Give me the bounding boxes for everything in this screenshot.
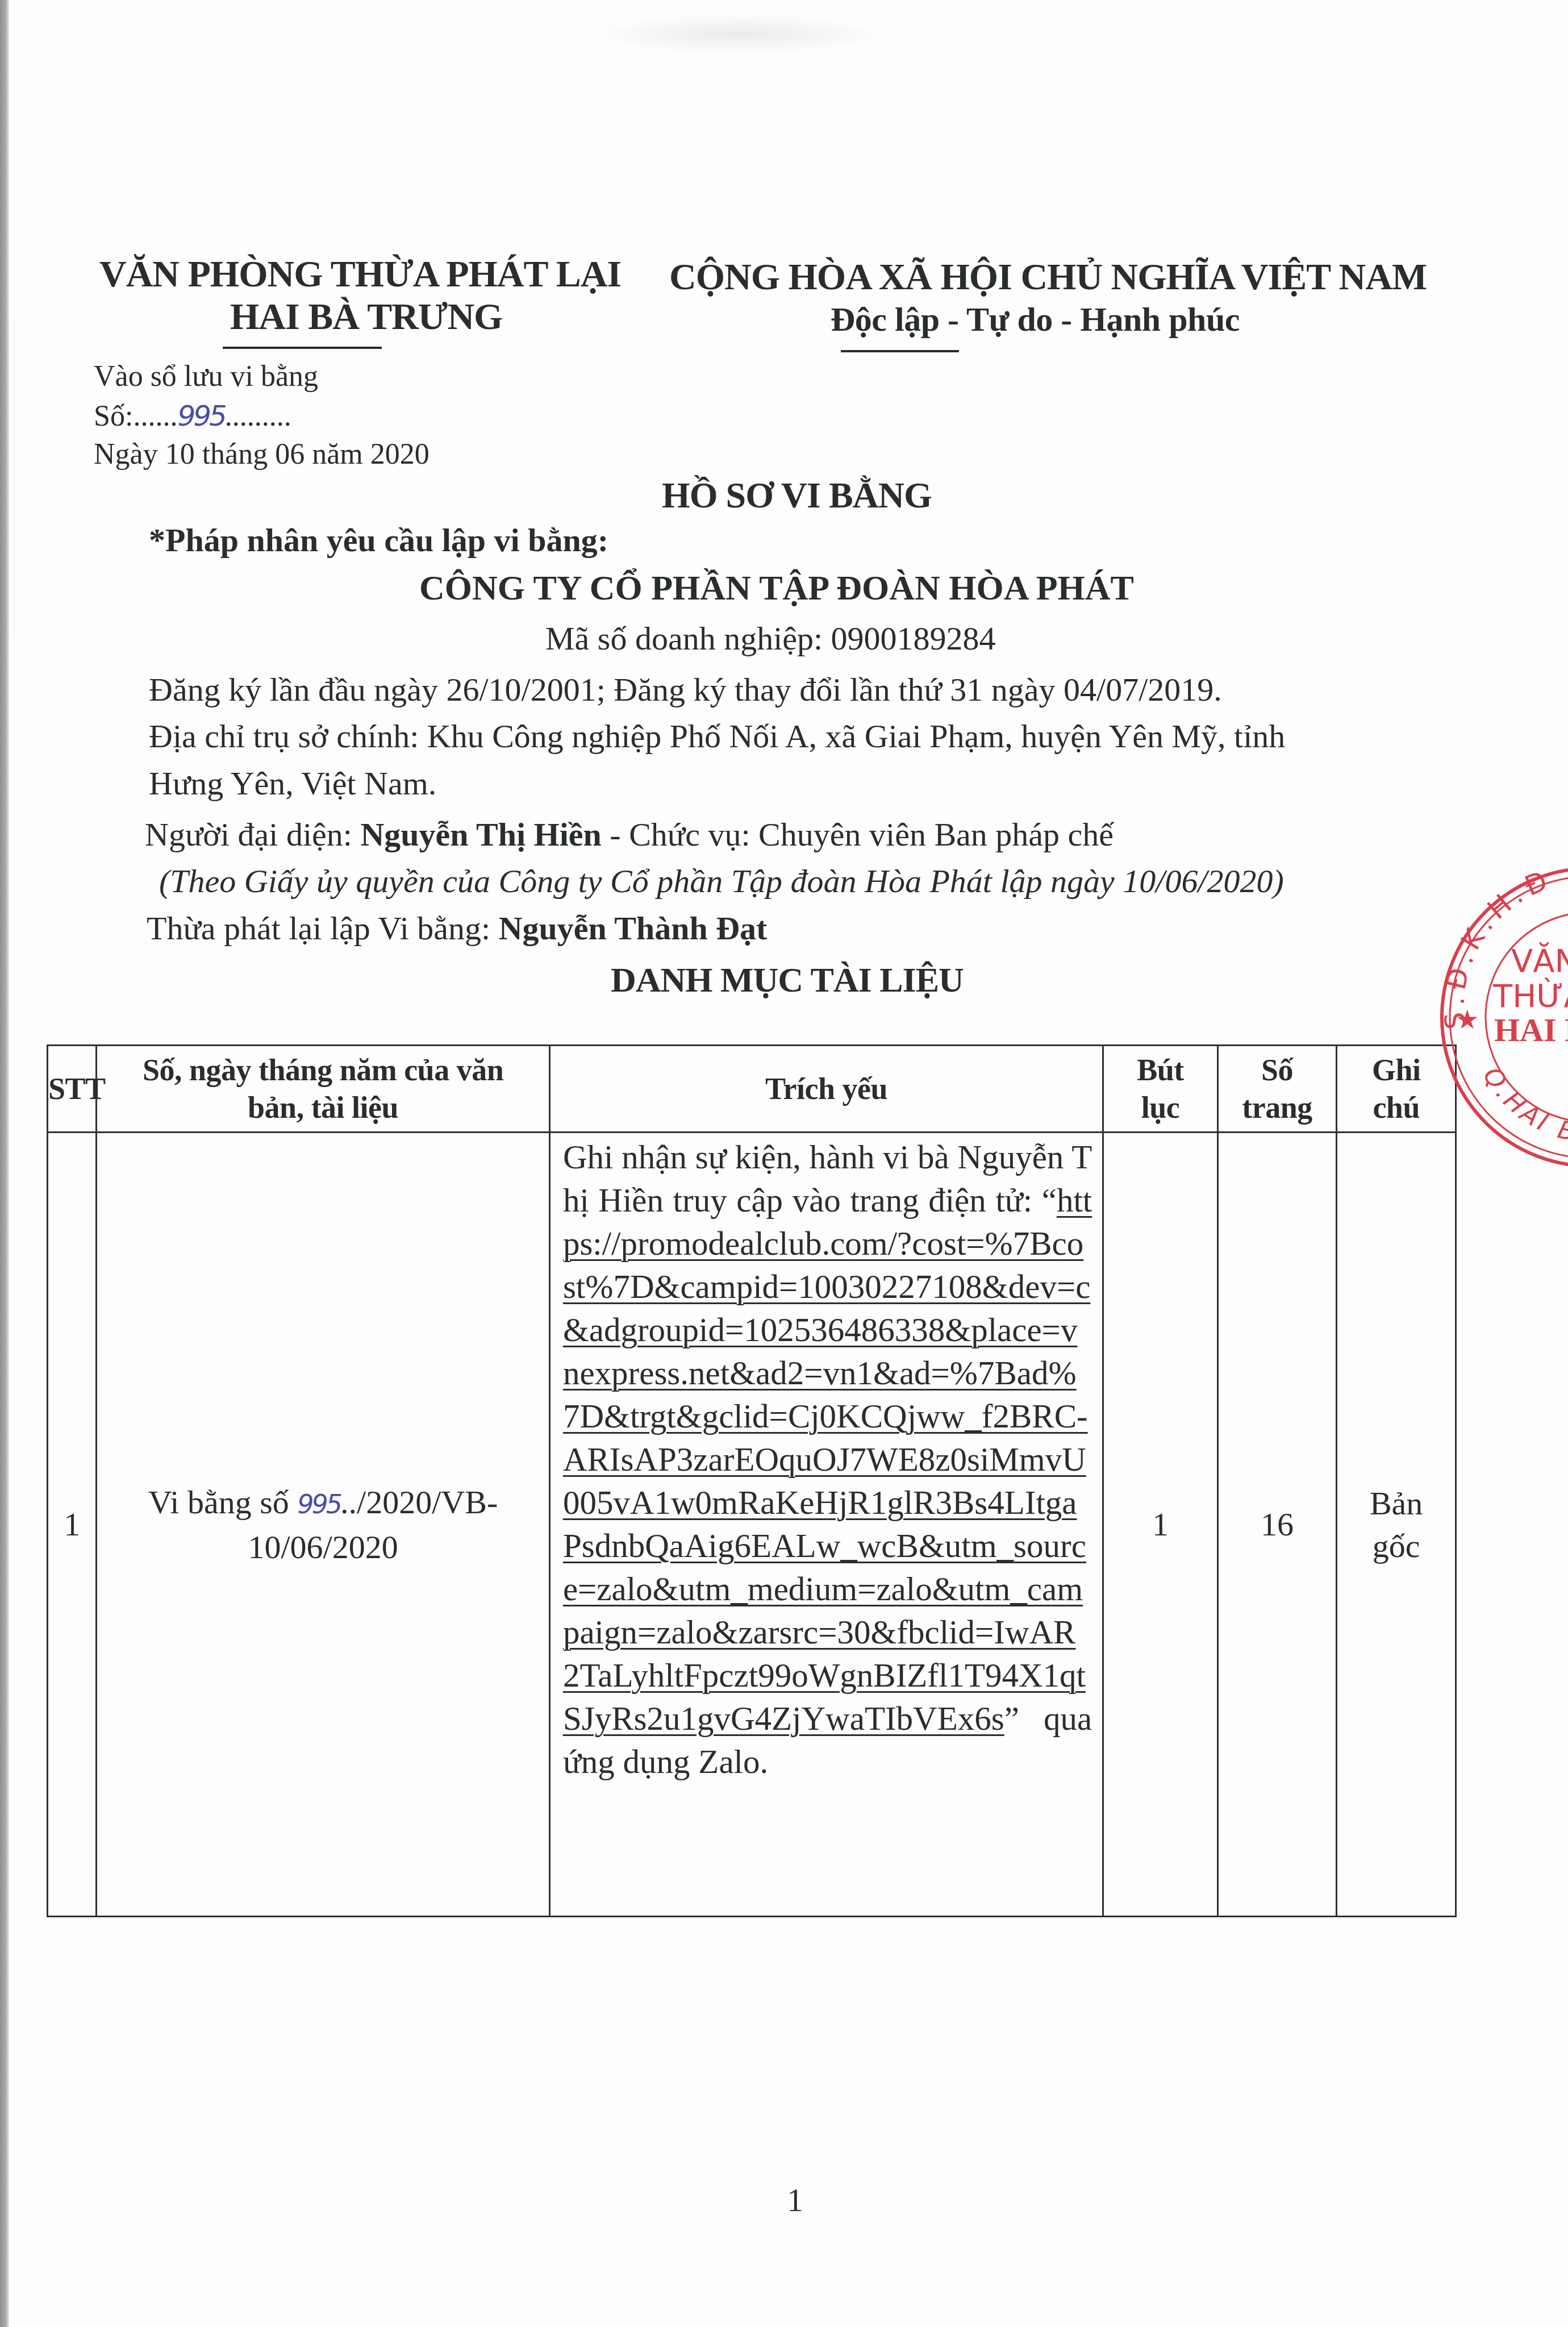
representative: Người đại diện: Nguyễn Thị Hiền - Chức v… <box>145 815 1114 854</box>
table-header-row: STT Số, ngày tháng năm của văn bản, tài … <box>48 1046 1456 1133</box>
registry-number-prefix: Số: <box>94 400 133 432</box>
column-header-document: Số, ngày tháng năm của văn bản, tài liệu <box>97 1046 550 1133</box>
representative-label: Người đại diện: <box>145 816 352 853</box>
motto-underline <box>841 350 959 352</box>
table-row: 1 Vi bằng số 995../2020/VB- 10/06/2020 G… <box>48 1133 1456 1917</box>
tax-code: Mã số doanh nghiệp: 0900189284 <box>545 619 996 657</box>
registration-info: Đăng ký lần đầu ngày 26/10/2001; Đăng ký… <box>149 671 1222 709</box>
authorization-note: (Theo Giấy ủy quyền của Công ty Cổ phần … <box>159 862 1284 900</box>
column-header-summary: Trích yếu <box>549 1046 1103 1133</box>
registry-number-handwritten: 995 <box>177 399 224 432</box>
national-motto: Độc lập - Tự do - Hạnh phúc <box>831 300 1240 339</box>
column-header-page-count: Số trang <box>1217 1046 1337 1133</box>
office-name-line1: VĂN PHÒNG THỪA PHÁT LẠI <box>99 253 621 296</box>
row-summary: Ghi nhận sự kiện, hành vi bà Nguyễn Thị … <box>549 1133 1103 1917</box>
office-underline <box>223 347 382 349</box>
representative-name: Nguyễn Thị Hiền <box>360 816 601 853</box>
stamp-center-line3: HAI BÀ <box>1494 1011 1568 1048</box>
registry-dots-before: ...... <box>133 400 177 432</box>
tax-code-value: 0900189284 <box>831 620 996 657</box>
scan-smudge <box>597 14 881 54</box>
row-document-prefix: Vi bằng số <box>148 1484 297 1521</box>
bailiff: Thừa phát lại lập Vi bằng: Nguyễn Thành … <box>147 909 767 947</box>
country-name: CỘNG HÒA XÃ HỘI CHỦ NGHĨA VIỆT NAM <box>669 256 1427 299</box>
document-catalog-table: STT Số, ngày tháng năm của văn bản, tài … <box>47 1044 1457 1917</box>
page-number: 1 <box>787 2181 803 2219</box>
representative-role: - Chức vụ: Chuyên viên Ban pháp chế <box>602 816 1114 853</box>
catalog-title: DANH MỤC TÀI LIỆU <box>611 960 964 1001</box>
registry-label: Vào sổ lưu vi bằng <box>94 360 318 393</box>
row-document-number-handwritten: 995 <box>297 1489 340 1520</box>
scan-bleed-through <box>14 318 66 636</box>
row-notes: Bản gốc <box>1337 1133 1456 1917</box>
stamp-star-icon: ★ <box>1456 1004 1479 1035</box>
row-summary-intro: Ghi nhận sự kiện, hành vi bà Nguyễn Thị … <box>563 1138 1092 1219</box>
row-summary-url[interactable]: https://promodealclub.com/?cost=%7Bcost%… <box>563 1181 1092 1737</box>
row-stt: 1 <box>48 1133 97 1917</box>
company-name: CÔNG TY CỔ PHẦN TẬP ĐOÀN HÒA PHÁT <box>419 568 1134 609</box>
official-seal-stamp: S.Đ.K.H.Đ Q.HAI BÀ TRƯ ★ VĂN P THỪA P HA… <box>1432 858 1568 1176</box>
row-page-count: 16 <box>1217 1133 1337 1917</box>
stamp-center-line2: THỪA P <box>1492 977 1568 1015</box>
column-header-stt: STT <box>48 1046 97 1133</box>
requester-label: *Pháp nhân yêu cầu lập vi bằng: <box>149 521 608 559</box>
scan-edge-shadow <box>0 0 9 2327</box>
bailiff-name: Nguyễn Thành Đạt <box>499 910 768 947</box>
stamp-center-line1: VĂN P <box>1511 942 1568 980</box>
column-header-but-luc: Bút lục <box>1103 1046 1217 1133</box>
address-line2: Hưng Yên, Việt Nam. <box>149 764 436 802</box>
row-but-luc: 1 <box>1103 1133 1217 1917</box>
row-document: Vi bằng số 995../2020/VB- 10/06/2020 <box>97 1133 550 1917</box>
row-document-date: 10/06/2020 <box>248 1529 398 1566</box>
registry-date: Ngày 10 tháng 06 năm 2020 <box>94 438 429 471</box>
address-line1: Địa chỉ trụ sở chính: Khu Công nghiệp Ph… <box>149 717 1285 755</box>
bailiff-label: Thừa phát lại lập Vi bằng: <box>147 910 490 947</box>
registry-dots-after: ......... <box>225 400 291 432</box>
office-name-line2: HAI BÀ TRƯNG <box>230 295 502 339</box>
tax-code-label: Mã số doanh nghiệp: <box>545 620 823 657</box>
document-title: HỒ SƠ VI BẰNG <box>662 474 932 517</box>
registry-number: Số:......995......... <box>94 399 291 433</box>
row-document-suffix: ../2020/VB- <box>340 1484 498 1521</box>
